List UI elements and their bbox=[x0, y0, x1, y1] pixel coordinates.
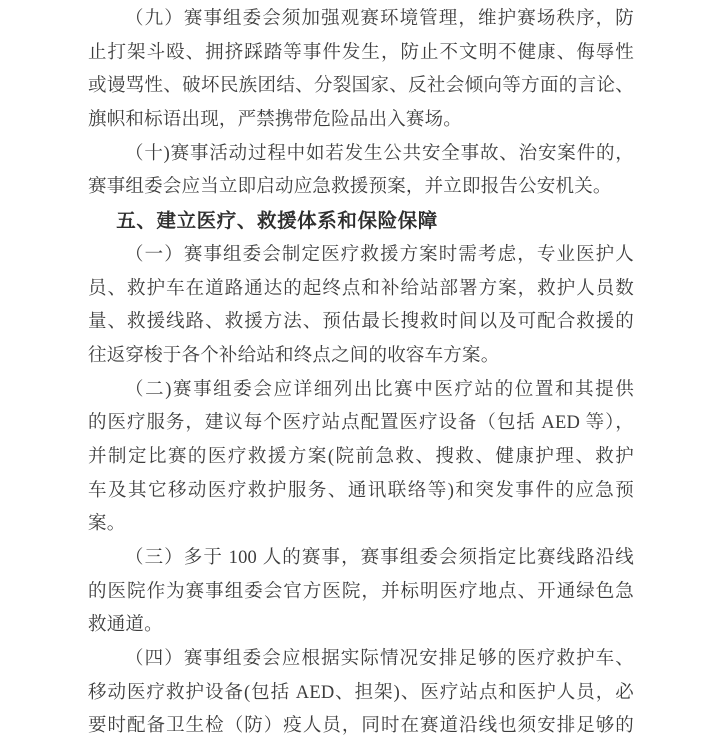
text-line: 的医疗服务，建议每个医疗站点配置医疗设备（包括 AED 等）， bbox=[88, 407, 634, 441]
text-line: （三）多于 100 人的赛事，赛事组委会须指定比赛线路沿线 bbox=[88, 542, 634, 576]
text-line: 或谩骂性、破坏民族团结、分裂国家、反社会倾向等方面的言论、 bbox=[88, 70, 634, 104]
document-body: （九）赛事组委会须加强观赛环境管理，维护赛场秩序，防止打架斗殴、拥挤踩踏等事件发… bbox=[88, 3, 634, 744]
text-line: 旗帜和标语出现，严禁携带危险品出入赛场。 bbox=[88, 104, 634, 138]
text-line: 案。 bbox=[88, 508, 634, 542]
text-line: 移动医疗救护设备(包括 AED、担架)、医疗站点和医护人员，必 bbox=[88, 677, 634, 711]
text-line: 往返穿梭于各个补给站和终点之间的收容车方案。 bbox=[88, 340, 634, 374]
text-line: （四）赛事组委会应根据实际情况安排足够的医疗救护车、 bbox=[88, 643, 634, 677]
item-5-3-paragraph: （三）多于 100 人的赛事，赛事组委会须指定比赛线路沿线的医院作为赛事组委会官… bbox=[88, 542, 634, 643]
text-line: 救通道。 bbox=[88, 609, 634, 643]
text-line: （二)赛事组委会应详细列出比赛中医疗站的位置和其提供 bbox=[88, 374, 634, 408]
section-5-heading: 五、建立医疗、救援体系和保险保障 bbox=[88, 205, 634, 239]
text-line: 要时配备卫生检（防）疫人员，同时在赛道沿线也须安排足够的 bbox=[88, 710, 634, 744]
item-5-1-paragraph: （一）赛事组委会制定医疗救援方案时需考虑，专业医护人员、救护车在道路通达的起终点… bbox=[88, 239, 634, 374]
text-line: （十)赛事活动过程中如若发生公共安全事故、治安案件的， bbox=[88, 138, 634, 172]
text-line: 量、救援线路、救援方法、预估最长搜救时间以及可配合救援的 bbox=[88, 306, 634, 340]
text-line: 赛事组委会应当立即启动应急救援预案，并立即报告公安机关。 bbox=[88, 171, 634, 205]
document-page: （九）赛事组委会须加强观赛环境管理，维护赛场秩序，防止打架斗殴、拥挤踩踏等事件发… bbox=[0, 0, 702, 747]
text-line: 的医院作为赛事组委会官方医院，并标明医疗地点、开通绿色急 bbox=[88, 576, 634, 610]
text-line: 止打架斗殴、拥挤踩踏等事件发生，防止不文明不健康、侮辱性 bbox=[88, 37, 634, 71]
text-line: 车及其它移动医疗救护服务、通讯联络等)和突发事件的应急预 bbox=[88, 475, 634, 509]
item-5-2-paragraph: （二)赛事组委会应详细列出比赛中医疗站的位置和其提供的医疗服务，建议每个医疗站点… bbox=[88, 374, 634, 542]
text-line: （一）赛事组委会制定医疗救援方案时需考虑，专业医护人 bbox=[88, 239, 634, 273]
text-line: 并制定比赛的医疗救援方案(院前急救、搜救、健康护理、救护 bbox=[88, 441, 634, 475]
heading-line: 五、建立医疗、救援体系和保险保障 bbox=[88, 205, 634, 239]
item-5-4-paragraph: （四）赛事组委会应根据实际情况安排足够的医疗救护车、移动医疗救护设备(包括 AE… bbox=[88, 643, 634, 744]
text-line: 员、救护车在道路通达的起终点和补给站部署方案，救护人员数 bbox=[88, 273, 634, 307]
item-10-paragraph: （十)赛事活动过程中如若发生公共安全事故、治安案件的，赛事组委会应当立即启动应急… bbox=[88, 138, 634, 205]
item-9-paragraph: （九）赛事组委会须加强观赛环境管理，维护赛场秩序，防止打架斗殴、拥挤踩踏等事件发… bbox=[88, 3, 634, 138]
text-line: （九）赛事组委会须加强观赛环境管理，维护赛场秩序，防 bbox=[88, 3, 634, 37]
